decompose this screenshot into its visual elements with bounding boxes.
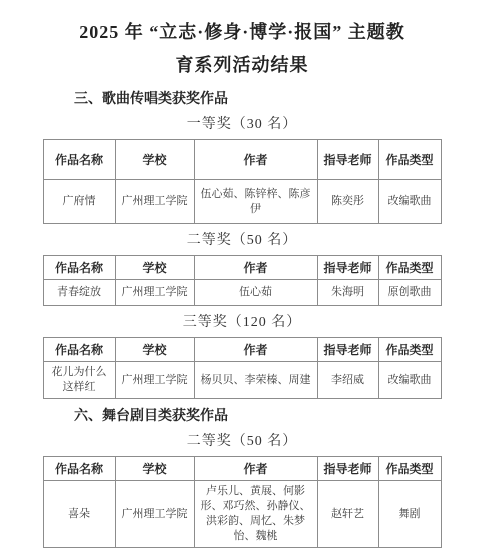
column-header: 作品类型 [378,457,441,481]
section: 三、歌曲传唱类获奖作品一等奖（30 名）作品名称学校作者指导老师作品类型广府情广… [0,92,484,399]
table-header-row: 作品名称学校作者指导老师作品类型 [43,338,441,362]
award-title: 一等奖（30 名） [0,116,484,133]
table-cell: 舞剧 [378,481,441,548]
column-header: 作者 [194,140,317,180]
award-title: 二等奖（50 名） [0,232,484,249]
table-cell: 原创歌曲 [378,280,441,306]
column-header: 学校 [115,457,194,481]
awards-table: 作品名称学校作者指导老师作品类型广府情广州理工学院伍心茹、陈锌梓、陈彦伊陈奕彤改… [43,139,442,224]
column-header: 作品类型 [378,338,441,362]
table-cell: 改编歌曲 [378,180,441,224]
document-page: 2025 年 “立志·修身·博学·报国” 主题教 育系列活动结果 三、歌曲传唱类… [0,0,484,557]
awards-table: 作品名称学校作者指导老师作品类型青春绽放广州理工学院伍心茹朱海明原创歌曲 [43,255,442,306]
table-cell: 伍心茹 [194,280,317,306]
title-line-2: 育系列活动结果 [0,49,484,82]
column-header: 指导老师 [317,338,378,362]
awards-table: 作品名称学校作者指导老师作品类型喜朵广州理工学院卢乐儿、黄展、何影形、邓巧然、孙… [43,456,442,548]
table-cell: 广州理工学院 [115,362,194,399]
column-header: 作者 [194,256,317,280]
table-row: 青春绽放广州理工学院伍心茹朱海明原创歌曲 [43,280,441,306]
column-header: 作品名称 [43,457,115,481]
column-header: 指导老师 [317,140,378,180]
column-header: 作品类型 [378,140,441,180]
table-cell: 广府情 [43,180,115,224]
column-header: 作者 [194,338,317,362]
table-cell: 改编歌曲 [378,362,441,399]
table-cell: 青春绽放 [43,280,115,306]
table-row: 广府情广州理工学院伍心茹、陈锌梓、陈彦伊陈奕彤改编歌曲 [43,180,441,224]
column-header: 作品名称 [43,140,115,180]
column-header: 指导老师 [317,256,378,280]
section: 六、舞台剧目类获奖作品二等奖（50 名）作品名称学校作者指导老师作品类型喜朵广州… [0,409,484,548]
table-cell: 卢乐儿、黄展、何影形、邓巧然、孙静仪、洪彩韵、周忆、朱梦怡、魏桃 [194,481,317,548]
table-cell: 花儿为什么这样红 [43,362,115,399]
awards-table: 作品名称学校作者指导老师作品类型花儿为什么这样红广州理工学院杨贝贝、李荣榛、周建… [43,337,442,399]
table-row: 喜朵广州理工学院卢乐儿、黄展、何影形、邓巧然、孙静仪、洪彩韵、周忆、朱梦怡、魏桃… [43,481,441,548]
column-header: 作品类型 [378,256,441,280]
table-row: 花儿为什么这样红广州理工学院杨贝贝、李荣榛、周建李绍威改编歌曲 [43,362,441,399]
table-header-row: 作品名称学校作者指导老师作品类型 [43,457,441,481]
table-cell: 广州理工学院 [115,180,194,224]
table-header-row: 作品名称学校作者指导老师作品类型 [43,140,441,180]
table-cell: 广州理工学院 [115,481,194,548]
table-header-row: 作品名称学校作者指导老师作品类型 [43,256,441,280]
award-title: 三等奖（120 名） [0,314,484,331]
column-header: 学校 [115,140,194,180]
column-header: 学校 [115,256,194,280]
section-heading: 三、歌曲传唱类获奖作品 [74,92,484,108]
column-header: 指导老师 [317,457,378,481]
table-cell: 陈奕彤 [317,180,378,224]
column-header: 学校 [115,338,194,362]
sections-container: 三、歌曲传唱类获奖作品一等奖（30 名）作品名称学校作者指导老师作品类型广府情广… [0,92,484,548]
table-cell: 朱海明 [317,280,378,306]
award-title: 二等奖（50 名） [0,433,484,450]
table-cell: 喜朵 [43,481,115,548]
title-line-1: 2025 年 “立志·修身·博学·报国” 主题教 [0,16,484,49]
document-title: 2025 年 “立志·修身·博学·报国” 主题教 育系列活动结果 [0,16,484,82]
table-cell: 赵轩艺 [317,481,378,548]
column-header: 作者 [194,457,317,481]
column-header: 作品名称 [43,256,115,280]
table-cell: 伍心茹、陈锌梓、陈彦伊 [194,180,317,224]
table-cell: 杨贝贝、李荣榛、周建 [194,362,317,399]
table-cell: 广州理工学院 [115,280,194,306]
column-header: 作品名称 [43,338,115,362]
section-heading: 六、舞台剧目类获奖作品 [74,409,484,425]
table-cell: 李绍威 [317,362,378,399]
